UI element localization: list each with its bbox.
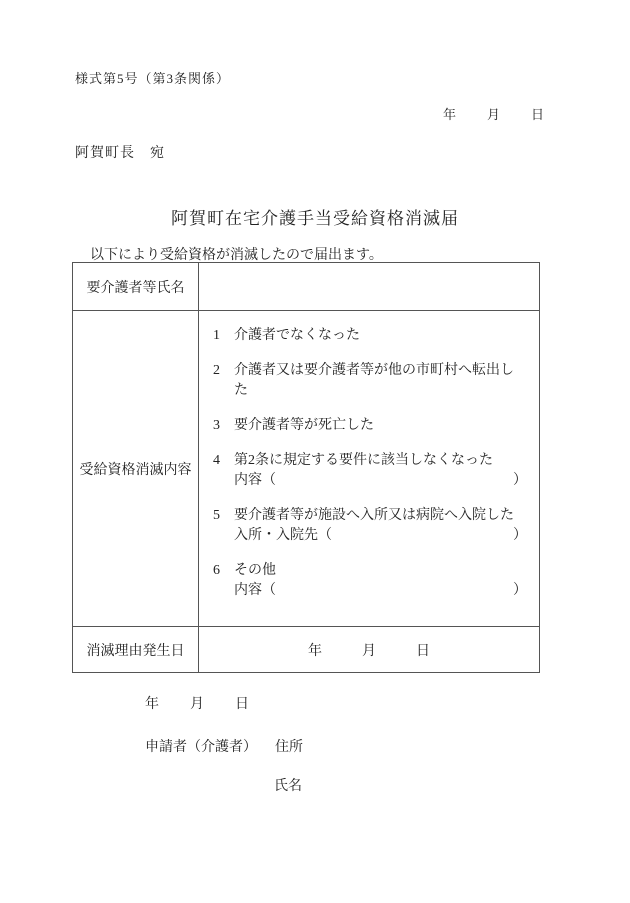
loss-details-label: 受給資格消滅内容: [73, 311, 199, 627]
item-number: 6: [213, 561, 234, 581]
intro-sentence: 以下により受給資格が消滅したので届出ます。: [90, 244, 383, 264]
loss-date-line: 年 月 日: [199, 640, 539, 660]
item-detail-open-paren: 内容（: [234, 581, 276, 601]
item-text: 要介護者等が施設へ入所又は病院へ入院した: [234, 506, 527, 526]
document-title: 阿賀町在宅介護手当受給資格消滅届: [0, 204, 630, 229]
applicant-label: 申請者（介護者）: [145, 736, 257, 756]
top-date-day-label: 日: [531, 104, 544, 123]
table-row-loss-date: 消滅理由発生日 年 月 日: [73, 627, 540, 673]
recipient-name-value: [199, 263, 540, 311]
address-label: 住所: [275, 736, 303, 756]
item-detail-blank: 入所・入院先（ ）: [213, 526, 527, 546]
loss-details-items: 1 介護者でなくなった 2 介護者又は要介護者等が他の市町村へ転出した 3 要介…: [199, 311, 540, 627]
list-item: 3 要介護者等が死亡した: [213, 416, 527, 436]
form-table: 要介護者等氏名 受給資格消滅内容 1 介護者でなくなった 2 介護者又は要介護者…: [72, 262, 540, 673]
applicant-line: 申請者（介護者） 住所: [145, 736, 303, 756]
loss-date-value: 年 月 日: [199, 627, 540, 673]
item-number: 5: [213, 506, 234, 526]
item-number: 3: [213, 416, 234, 436]
form-number: 様式第5号（第3条関係）: [75, 68, 230, 87]
loss-date-day-label: 日: [416, 640, 430, 660]
item-detail-blank: 内容（ ）: [213, 581, 527, 601]
list-item: 2 介護者又は要介護者等が他の市町村へ転出した: [213, 361, 527, 401]
footer-date-day-label: 日: [235, 693, 249, 713]
item-detail-close-paren: ）: [513, 471, 527, 491]
list-item: 6 その他 内容（ ）: [213, 561, 527, 601]
top-date-year-label: 年: [443, 104, 456, 123]
list-item: 1 介護者でなくなった: [213, 326, 527, 346]
item-text: 要介護者等が死亡した: [234, 416, 527, 436]
footer-date-month-label: 月: [190, 693, 204, 713]
item-text: 介護者でなくなった: [234, 326, 527, 346]
name-label: 氏名: [274, 775, 302, 795]
item-detail-open-paren: 入所・入院先（: [234, 526, 332, 546]
item-detail-close-paren: ）: [513, 526, 527, 546]
loss-date-label: 消滅理由発生日: [73, 627, 199, 673]
footer-date-line: 年 月 日: [145, 693, 249, 713]
table-row-loss-details: 受給資格消滅内容 1 介護者でなくなった 2 介護者又は要介護者等が他の市町村へ…: [73, 311, 540, 627]
item-number: 1: [213, 326, 234, 346]
item-text: 第2条に規定する要件に該当しなくなった: [234, 451, 527, 471]
top-date-line: 年 月 日: [443, 104, 544, 123]
list-item: 5 要介護者等が施設へ入所又は病院へ入院した 入所・入院先（ ）: [213, 506, 527, 546]
item-detail-open-paren: 内容（: [234, 471, 276, 491]
footer-date-year-label: 年: [145, 693, 159, 713]
document-page: 様式第5号（第3条関係） 年 月 日 阿賀町長 宛 阿賀町在宅介護手当受給資格消…: [0, 0, 630, 903]
loss-date-year-label: 年: [308, 640, 322, 660]
top-date-month-label: 月: [487, 104, 500, 123]
table-row-recipient-name: 要介護者等氏名: [73, 263, 540, 311]
addressee: 阿賀町長 宛: [75, 142, 165, 162]
item-text: その他: [234, 561, 527, 581]
item-detail-close-paren: ）: [513, 581, 527, 601]
item-text: 介護者又は要介護者等が他の市町村へ転出した: [234, 361, 527, 401]
loss-date-month-label: 月: [362, 640, 376, 660]
item-number: 4: [213, 451, 234, 471]
item-number: 2: [213, 361, 234, 401]
list-item: 4 第2条に規定する要件に該当しなくなった 内容（ ）: [213, 451, 527, 491]
item-detail-blank: 内容（ ）: [213, 471, 527, 491]
recipient-name-label: 要介護者等氏名: [73, 263, 199, 311]
